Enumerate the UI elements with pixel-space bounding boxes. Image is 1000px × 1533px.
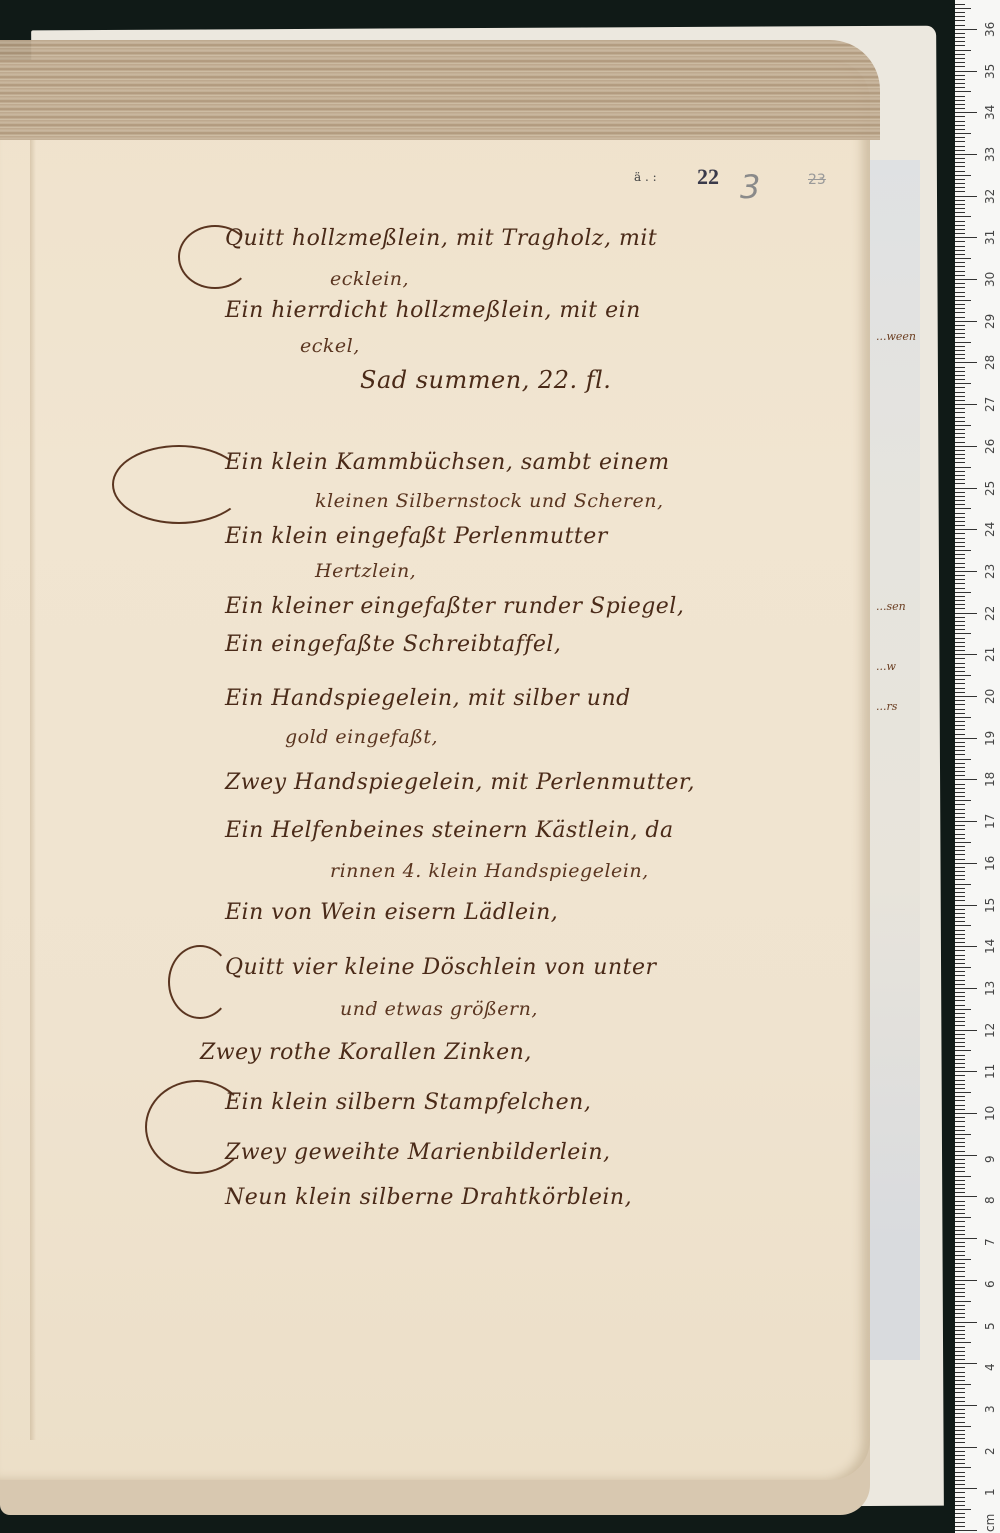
entry-line: Ein eingefaßte Schreibtaffel, — [225, 632, 561, 657]
ruler-tick — [955, 596, 965, 597]
ruler-tick — [955, 1422, 965, 1423]
ruler-tick — [955, 725, 965, 726]
ruler-tick — [955, 1317, 965, 1318]
ruler-tick — [955, 525, 965, 526]
ruler-tick — [955, 383, 971, 384]
ruler-tick — [955, 746, 965, 747]
ruler-tick — [955, 1405, 977, 1406]
ruler-tick — [955, 538, 965, 539]
ruler-label: 18 — [983, 772, 997, 787]
ruler-tick — [955, 1171, 965, 1172]
ruler-tick — [955, 1163, 965, 1164]
entry-line: Quitt vier kleine Döschlein von unter — [225, 955, 656, 980]
ruler-label: 23 — [983, 564, 997, 579]
ruler-tick — [955, 1309, 965, 1310]
ruler-tick — [955, 179, 965, 180]
entry-line: Ein klein eingefaßt Perlenmutter — [225, 524, 608, 549]
ruler-tick — [955, 317, 965, 318]
ruler-tick — [955, 475, 965, 476]
ruler-tick — [955, 83, 965, 84]
ruler-tick — [955, 187, 965, 188]
ruler-tick — [955, 1255, 965, 1256]
ruler-tick — [955, 767, 965, 768]
ruler-tick — [955, 225, 965, 226]
ruler-tick — [955, 779, 977, 780]
ruler-tick — [955, 980, 965, 981]
ruler-tick — [955, 775, 965, 776]
ruler-tick — [955, 1347, 965, 1348]
ruler-tick — [955, 1338, 965, 1339]
ruler-tick — [955, 371, 965, 372]
ruler-tick — [955, 20, 965, 21]
ruler-tick — [955, 575, 965, 576]
ruler-label: 29 — [983, 313, 997, 328]
ruler-tick — [955, 625, 965, 626]
ruler-tick — [955, 1363, 977, 1364]
ruler-label: 9 — [983, 1155, 997, 1163]
ruler-tick — [955, 700, 965, 701]
ruler-tick — [955, 1451, 965, 1452]
ruler-tick — [955, 492, 965, 493]
ruler-tick — [955, 1505, 965, 1506]
ruler-tick — [955, 1021, 965, 1022]
ruler-tick — [955, 692, 965, 693]
entry-line: Ein klein Kammbüchsen, sambt einem — [225, 450, 670, 475]
cm-ruler: 3635343332313029282726252423222120191817… — [955, 0, 1000, 1533]
ruler-tick — [955, 337, 965, 338]
ruler-tick — [955, 1184, 965, 1185]
ruler-tick — [955, 1280, 977, 1281]
margin-fragment: ...rs — [876, 700, 897, 713]
ruler-tick — [955, 462, 965, 463]
ruler-tick — [955, 1430, 965, 1431]
ruler-label: 1 — [983, 1489, 997, 1497]
ruler-label: 24 — [983, 522, 997, 537]
ruler-tick — [955, 963, 965, 964]
ruler-tick — [955, 696, 977, 697]
entry-line: Ein von Wein eisern Lädlein, — [225, 900, 558, 925]
ruler-tick — [955, 529, 977, 530]
ruler-tick — [955, 583, 965, 584]
ruler-tick — [955, 1071, 977, 1072]
ruler-tick — [955, 1138, 965, 1139]
ruler-tick — [955, 104, 965, 105]
ruler-tick — [955, 133, 971, 134]
ruler-tick — [955, 1397, 965, 1398]
ruler-tick — [955, 4, 965, 5]
ruler-tick — [955, 688, 965, 689]
ruler-tick — [955, 1359, 965, 1360]
ruler-tick — [955, 905, 977, 906]
ruler-tick — [955, 1334, 965, 1335]
ruler-tick — [955, 1130, 965, 1131]
ruler-tick — [955, 346, 965, 347]
ruler-label: 8 — [983, 1197, 997, 1205]
ruler-tick — [955, 1055, 965, 1056]
ruler-tick — [955, 734, 965, 735]
entry-continuation: Hertzlein, — [315, 560, 416, 582]
ruler-tick — [955, 754, 965, 755]
pencil-folio: 3 — [740, 168, 760, 206]
ruler-tick — [955, 1417, 965, 1418]
ruler-label: 35 — [983, 63, 997, 78]
ruler-tick — [955, 938, 965, 939]
ruler-tick — [955, 112, 977, 113]
ruler-label: 4 — [983, 1364, 997, 1372]
entry-line: Neun klein silberne Drahtkörblein, — [225, 1185, 632, 1210]
ruler-tick — [955, 54, 965, 55]
ruler-tick — [955, 592, 971, 593]
flourish — [168, 945, 232, 1019]
ruler-tick — [955, 867, 965, 868]
ruler-tick — [955, 558, 965, 559]
ruler-tick — [955, 1342, 971, 1343]
ruler-tick — [955, 1513, 965, 1514]
ruler-tick — [955, 546, 965, 547]
ruler-tick — [955, 1142, 965, 1143]
entry-line: Quitt hollzmeßlein, mit Tragholz, mit — [225, 226, 657, 251]
ruler-tick — [955, 588, 965, 589]
ruler-tick — [955, 921, 965, 922]
ruler-tick — [955, 642, 965, 643]
ruler-tick — [955, 450, 965, 451]
ruler-tick — [955, 45, 965, 46]
ruler-label: 27 — [983, 397, 997, 412]
ruler-tick — [955, 1038, 965, 1039]
ruler-tick — [955, 458, 965, 459]
ruler-tick — [955, 863, 977, 864]
ruler-tick — [955, 191, 965, 192]
ruler-label: 36 — [983, 22, 997, 37]
ruler-tick — [955, 1030, 977, 1031]
ruler-tick — [955, 683, 965, 684]
ruler-label: 26 — [983, 439, 997, 454]
ruler-tick — [955, 429, 965, 430]
ruler-tick — [955, 8, 971, 9]
ruler-tick — [955, 608, 965, 609]
ruler-tick — [955, 913, 965, 914]
ruler-tick — [955, 800, 971, 801]
ruler-tick — [955, 1267, 965, 1268]
ruler-tick — [955, 1050, 971, 1051]
ruler-tick — [955, 283, 965, 284]
ruler-tick — [955, 804, 965, 805]
ruler-tick — [955, 1492, 965, 1493]
ruler-label: 25 — [983, 480, 997, 495]
ruler-tick — [955, 1288, 965, 1289]
entry-line: Ein Handspiegelein, mit silber und — [225, 686, 631, 711]
ruler-tick — [955, 1209, 965, 1210]
ruler-tick — [955, 1384, 971, 1385]
ruler-tick — [955, 296, 965, 297]
ruler-tick — [955, 1455, 965, 1456]
ruler-tick — [955, 704, 965, 705]
sum-line: Sad summen, 22. fl. — [360, 366, 611, 394]
ruler-tick — [955, 1497, 965, 1498]
ruler-tick — [955, 888, 965, 889]
ruler-tick — [955, 325, 965, 326]
ruler-tick — [955, 909, 965, 910]
ruler-tick — [955, 1434, 965, 1435]
ruler-tick — [955, 1459, 965, 1460]
ruler-tick — [955, 271, 965, 272]
ruler-tick — [955, 792, 965, 793]
ruler-tick — [955, 1088, 965, 1089]
top-marks: ä . : — [634, 170, 657, 184]
ruler-tick — [955, 254, 965, 255]
ruler-tick — [955, 125, 965, 126]
ruler-tick — [955, 154, 977, 155]
ruler-tick — [955, 796, 965, 797]
ruler-tick — [955, 1292, 965, 1293]
ruler-tick — [955, 25, 965, 26]
entry-continuation: ecklein, — [330, 268, 409, 290]
ruler-tick — [955, 1034, 965, 1035]
ruler-tick — [955, 479, 965, 480]
ruler-tick — [955, 1276, 965, 1277]
ruler-label: 31 — [983, 230, 997, 245]
ruler-tick — [955, 821, 977, 822]
ruler-tick — [955, 1501, 965, 1502]
ruler-tick — [955, 1234, 965, 1235]
ruler-tick — [955, 950, 965, 951]
ruler-tick — [955, 675, 971, 676]
ruler-tick — [955, 604, 965, 605]
ruler-tick — [955, 412, 965, 413]
ruler-tick — [955, 1330, 965, 1331]
ruler-tick — [955, 1426, 971, 1427]
ruler-tick — [955, 508, 971, 509]
ruler-tick — [955, 1201, 965, 1202]
ruler-tick — [955, 1322, 977, 1323]
ruler-tick — [955, 1121, 965, 1122]
ruler-tick — [955, 788, 965, 789]
ruler-tick — [955, 375, 965, 376]
ruler-tick — [955, 379, 965, 380]
ruler-tick — [955, 404, 977, 405]
ruler-tick — [955, 116, 965, 117]
ruler-tick — [955, 175, 971, 176]
ruler-tick — [955, 396, 965, 397]
ruler-tick — [955, 1522, 965, 1523]
ruler-tick — [955, 750, 965, 751]
ruler-tick — [955, 425, 971, 426]
ruler-tick — [955, 1238, 977, 1239]
ruler-tick — [955, 654, 977, 655]
ruler-tick — [955, 846, 965, 847]
ruler-tick — [955, 1075, 965, 1076]
ruler-tick — [955, 1413, 965, 1414]
ruler-tick — [955, 925, 971, 926]
ruler-tick — [955, 679, 965, 680]
ruler-label: 30 — [983, 272, 997, 287]
ruler-tick — [955, 504, 965, 505]
ruler-tick — [955, 342, 971, 343]
ruler-tick — [955, 1059, 965, 1060]
ruler-tick — [955, 100, 965, 101]
ruler-tick — [955, 563, 965, 564]
ruler-tick — [955, 1196, 977, 1197]
ruler-tick — [955, 171, 965, 172]
ruler-tick — [955, 1476, 965, 1477]
entry-continuation: und etwas größern, — [340, 998, 538, 1020]
ruler-tick — [955, 1013, 965, 1014]
ruler-tick — [955, 633, 971, 634]
ruler-tick — [955, 333, 965, 334]
ruler-tick — [955, 1000, 965, 1001]
ruler-tick — [955, 241, 965, 242]
ruler-tick — [955, 967, 971, 968]
ruler-label: 17 — [983, 814, 997, 829]
ruler-tick — [955, 62, 965, 63]
ruler-tick — [955, 87, 965, 88]
ruler-tick — [955, 1351, 965, 1352]
ruler-tick — [955, 91, 971, 92]
ruler-tick — [955, 729, 965, 730]
ruler-tick — [955, 262, 965, 263]
ruler-tick — [955, 367, 965, 368]
ruler-tick — [955, 71, 977, 72]
ruler-tick — [955, 471, 965, 472]
entry-line: Ein klein silbern Stampfelchen, — [225, 1090, 591, 1115]
ruler-tick — [955, 1180, 965, 1181]
ruler-tick — [955, 66, 965, 67]
ruler-label: 21 — [983, 647, 997, 662]
ruler-tick — [955, 1100, 965, 1101]
ruler-tick — [955, 350, 965, 351]
ruler-tick — [955, 1109, 965, 1110]
ruler-tick — [955, 1438, 965, 1439]
ruler-tick — [955, 158, 965, 159]
ruler-tick — [955, 354, 965, 355]
ruler-tick — [955, 550, 971, 551]
ruler-tick — [955, 513, 965, 514]
ruler-tick — [955, 196, 977, 197]
ruler-tick — [955, 1159, 965, 1160]
ruler-tick — [955, 141, 965, 142]
margin-fragment: ...w — [876, 660, 896, 673]
ruler-tick — [955, 1117, 965, 1118]
ruler-tick — [955, 1155, 977, 1156]
ruler-tick — [955, 1151, 965, 1152]
ruler-tick — [955, 713, 965, 714]
ruler-tick — [955, 1263, 965, 1264]
ruler-tick — [955, 988, 977, 989]
ruler-tick — [955, 784, 965, 785]
ruler-tick — [955, 871, 965, 872]
ruler-tick — [955, 829, 965, 830]
ruler-tick — [955, 709, 965, 710]
ruler-label: 13 — [983, 981, 997, 996]
ruler-tick — [955, 742, 965, 743]
ruler-tick — [955, 825, 965, 826]
ruler-tick — [955, 884, 971, 885]
ruler-tick — [955, 454, 965, 455]
ruler-tick — [955, 613, 977, 614]
ruler-tick — [955, 1126, 965, 1127]
ruler-tick — [955, 667, 965, 668]
ruler-tick — [955, 1271, 965, 1272]
ruler-tick — [955, 1005, 965, 1006]
ruler-tick — [955, 437, 965, 438]
entry-line: Ein kleiner eingefaßter runder Spiegel, — [225, 594, 684, 619]
entry-continuation: rinnen 4. klein Handspiegelein, — [330, 860, 649, 882]
ruler-tick — [955, 212, 965, 213]
ruler-label: 11 — [983, 1064, 997, 1079]
ruler-tick — [955, 162, 965, 163]
ruler-tick — [955, 221, 965, 222]
ruler-label: 32 — [983, 188, 997, 203]
ruler-tick — [955, 809, 965, 810]
ruler-tick — [955, 1409, 965, 1410]
ruler-tick — [955, 308, 965, 309]
ruler-tick — [955, 663, 965, 664]
pencil-folio-struck: 23 — [808, 172, 826, 188]
ruler-tick — [955, 408, 965, 409]
ruler-tick — [955, 362, 977, 363]
ruler-tick — [955, 971, 965, 972]
ruler-tick — [955, 75, 965, 76]
ruler-tick — [955, 500, 965, 501]
next-page-strip: ...ween ...sen ...w ...rs — [870, 160, 920, 1360]
ruler-tick — [955, 658, 965, 659]
ruler-label: 7 — [983, 1238, 997, 1246]
ruler-label: 3 — [983, 1405, 997, 1413]
ruler-label: 28 — [983, 355, 997, 370]
ruler-tick — [955, 266, 965, 267]
ruler-tick — [955, 946, 977, 947]
ruler-tick — [955, 859, 965, 860]
ruler-tick — [955, 996, 965, 997]
ruler-tick — [955, 879, 965, 880]
ruler-tick — [955, 467, 971, 468]
ruler-tick — [955, 1017, 965, 1018]
ruler-label: 22 — [983, 605, 997, 620]
ruler-tick — [955, 1105, 965, 1106]
ruler-tick — [955, 1188, 965, 1189]
ruler-label: 6 — [983, 1280, 997, 1288]
ruler-tick — [955, 738, 977, 739]
ruler-label: 2 — [983, 1447, 997, 1455]
ruler-tick — [955, 717, 971, 718]
ruler-tick — [955, 387, 965, 388]
ruler-tick — [955, 287, 965, 288]
ruler-tick — [955, 1167, 965, 1168]
ruler-unit-label: cm — [983, 1514, 997, 1532]
ruler-tick — [955, 1305, 965, 1306]
ruler-tick — [955, 358, 965, 359]
ruler-tick — [955, 1067, 965, 1068]
ruler-tick — [955, 854, 965, 855]
ruler-label: 16 — [983, 856, 997, 871]
ruler-tick — [955, 850, 965, 851]
ruler-label: 10 — [983, 1106, 997, 1121]
ruler-tick — [955, 1113, 977, 1114]
ruler-tick — [955, 150, 965, 151]
ruler-tick — [955, 1217, 971, 1218]
margin-fragment: ...ween — [876, 330, 916, 343]
ruler-tick — [955, 400, 965, 401]
ruler-tick — [955, 1221, 965, 1222]
ruler-tick — [955, 96, 965, 97]
ruler-tick — [955, 146, 965, 147]
ruler-tick — [955, 1401, 965, 1402]
ruler-tick — [955, 650, 965, 651]
ruler-tick — [955, 275, 965, 276]
ruler-tick — [955, 41, 965, 42]
ruler-tick — [955, 208, 965, 209]
ruler-tick — [955, 129, 965, 130]
